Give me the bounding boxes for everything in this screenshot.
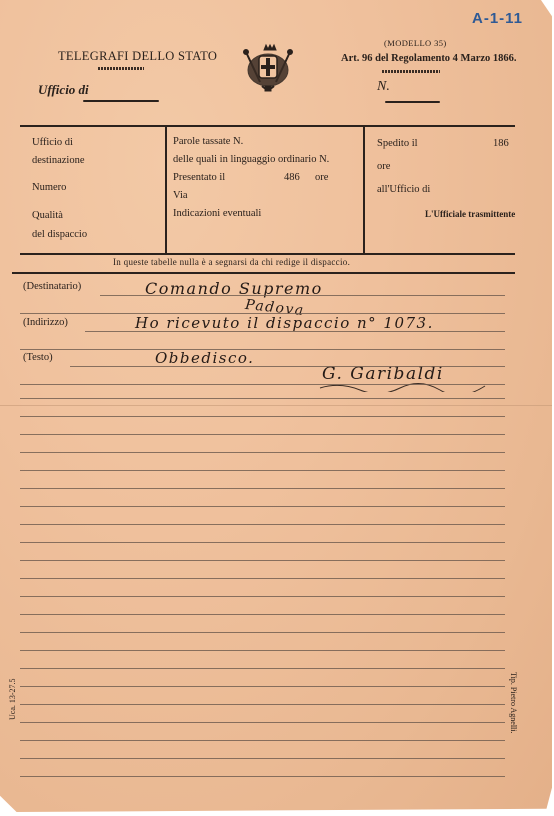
quality-label-2: del dispaccio [32,229,87,240]
office-destination-label-1: Ufficio di [32,137,73,148]
via-label: Via [173,190,188,201]
notice-underline [12,272,515,274]
regulation-ornament [382,70,440,73]
address-label: (Indirizzo) [23,317,68,328]
presented-label: Presentato il [173,172,225,183]
ruled-line [20,349,505,350]
ruled-line [20,578,505,579]
ruled-line [20,596,505,597]
sent-year: 186 [493,138,509,149]
ruled-line [20,650,505,651]
table-bottom-border [20,253,515,255]
ruled-line [20,686,505,687]
title-ornament [98,67,144,70]
ruled-line [20,560,505,561]
archive-stamp: A-1-11 [472,10,523,27]
ordinary-language-label: delle quali in linguaggio ordinario N. [173,154,329,165]
ruled-line [20,488,505,489]
ruled-line [20,506,505,507]
model-number: (MODELLO 35) [384,38,447,48]
table-divider-2 [363,127,365,255]
ruled-line [20,632,505,633]
ruled-line [70,366,505,367]
ruled-line [85,331,505,332]
ruled-line [20,384,505,385]
ruled-line [20,614,505,615]
presented-hour-label: ore [315,172,328,183]
number-field-label: Numero [32,182,66,193]
ruled-line [20,470,505,471]
message-line-1: Ho ricevuto il dispaccio n° 1073. [135,314,434,332]
indications-label: Indicazioni eventuali [173,208,261,219]
ruled-line [20,524,505,525]
ruled-line [20,434,505,435]
table-notice: In queste tabelle nulla è a segnarsi da … [113,257,350,267]
recipient-label: (Destinatario) [23,281,81,292]
royal-crest-icon [240,42,296,94]
ruled-line [20,313,505,314]
right-margin-note: Tip. Pietro Agnelli. [509,672,518,734]
ruled-line [20,668,505,669]
ruled-line [20,722,505,723]
ruled-line [20,758,505,759]
office-destination-label-2: destinazione [32,155,84,166]
telegram-form: A-1-11 TELEGRAFI DELLO STATO Ufficio di … [0,0,552,812]
officer-label: L'Ufficiale trasmittente [425,209,515,219]
header-title: TELEGRAFI DELLO STATO [58,49,217,64]
message-line-2: Obbedisco. [155,349,254,367]
text-label: (Testo) [23,352,53,363]
office-underline [83,100,159,102]
left-margin-note: Uca. 13-27.5 [8,678,17,720]
ruled-line [20,740,505,741]
table-top-border [20,125,515,127]
ruled-line [20,452,505,453]
number-underline [385,101,440,103]
number-label: N. [377,79,390,95]
ruled-line [100,295,505,296]
presented-year: 486 [284,172,300,183]
sent-label: Spedito il [377,138,418,149]
regulation-reference: Art. 96 del Regolamento 4 Marzo 1866. [341,53,517,64]
ruled-line [20,416,505,417]
ruled-line [20,398,505,399]
ruled-line [20,704,505,705]
ruled-line [20,542,505,543]
to-office-label: all'Ufficio di [377,184,430,195]
signature-flourish [315,380,495,392]
taxed-words-label: Parole tassate N. [173,136,243,147]
office-label: Ufficio di [38,82,89,98]
table-divider-1 [165,125,167,255]
paper-fold [0,405,552,406]
quality-label-1: Qualità [32,210,63,221]
sent-hour-label: ore [377,161,390,172]
ruled-line [20,776,505,777]
